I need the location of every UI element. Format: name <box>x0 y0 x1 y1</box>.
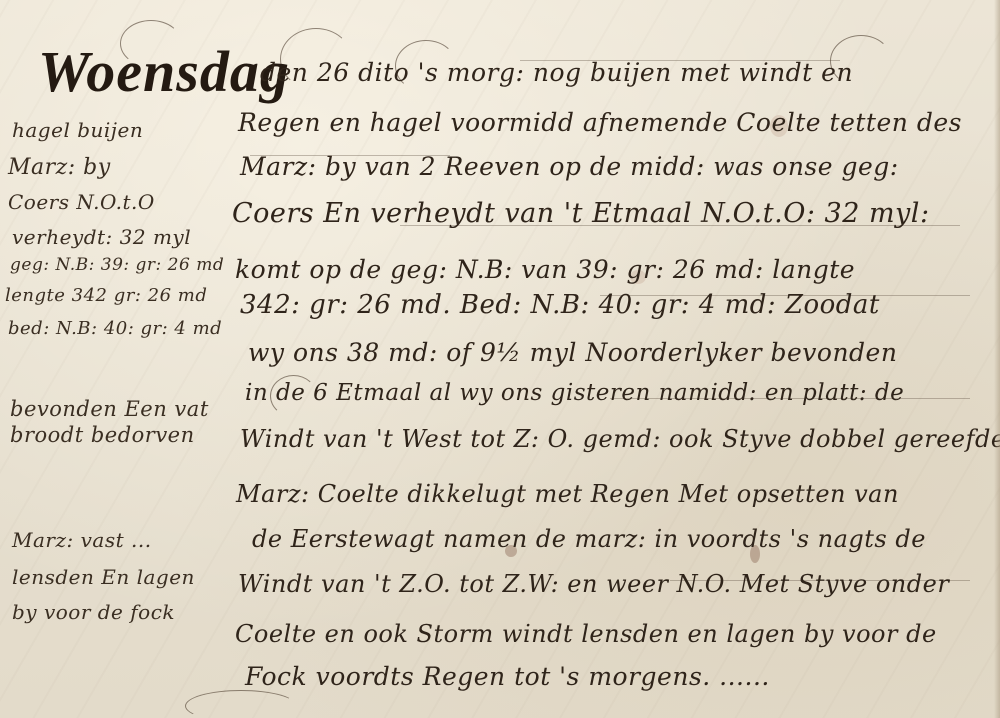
margin-note-10: Marz: vast ... <box>12 528 152 552</box>
flourish-swirl <box>185 690 297 718</box>
margin-note-7: bed: N.B: 40: gr: 4 md <box>8 318 222 339</box>
manuscript-page: Woensdag den 26 dito 's morg: nog buijen… <box>0 0 1000 718</box>
margin-note-9: broodt bedorven <box>10 423 195 447</box>
margin-note-11: lensden En lagen <box>12 565 195 589</box>
main-line-14: Fock voordts Regen tot 's morgens. .....… <box>245 662 770 691</box>
margin-note-5: geg: N.B: 39: gr: 26 md <box>10 255 224 275</box>
main-line-12: Windt van 't Z.O. tot Z.W: en weer N.O. … <box>238 570 949 598</box>
main-line-10: Marz: Coelte dikkelugt met Regen Met ops… <box>236 480 899 508</box>
main-line-6: 342: gr: 26 md. Bed: N.B: 40: gr: 4 md: … <box>240 290 880 320</box>
margin-note-2: Marz: by <box>8 155 111 180</box>
main-line-1: den 26 dito 's morg: nog buijen met wind… <box>260 58 853 87</box>
margin-note-3: Coers N.O.t.O <box>8 190 155 214</box>
page-heading: Woensdag <box>38 38 290 105</box>
margin-note-12: by voor de fock <box>12 600 175 624</box>
main-line-13: Coelte en ook Storm windt lensden en lag… <box>235 620 937 648</box>
margin-note-4: verheydt: 32 myl <box>12 225 191 249</box>
main-line-5: komt op de geg: N.B: van 39: gr: 26 md: … <box>235 255 855 284</box>
main-line-9: Windt van 't West tot Z: O. gemd: ook St… <box>240 425 1000 453</box>
main-line-11: de Eerstewagt namen de marz: in voordts … <box>252 525 926 553</box>
main-line-4: Coers En verheydt van 't Etmaal N.O.t.O:… <box>232 198 930 229</box>
main-line-2: Regen en hagel voormidd afnemende Coelte… <box>238 108 962 137</box>
main-line-3: Marz: by van 2 Reeven op de midd: was on… <box>240 152 899 181</box>
margin-note-8: bevonden Een vat <box>10 397 209 421</box>
main-line-8: in de 6 Etmaal al wy ons gisteren namidd… <box>245 380 904 406</box>
main-line-7: wy ons 38 md: of 9½ myl Noorderlyker bev… <box>248 338 897 367</box>
margin-note-1: hagel buijen <box>12 118 143 142</box>
margin-note-6: lengte 342 gr: 26 md <box>5 285 207 306</box>
